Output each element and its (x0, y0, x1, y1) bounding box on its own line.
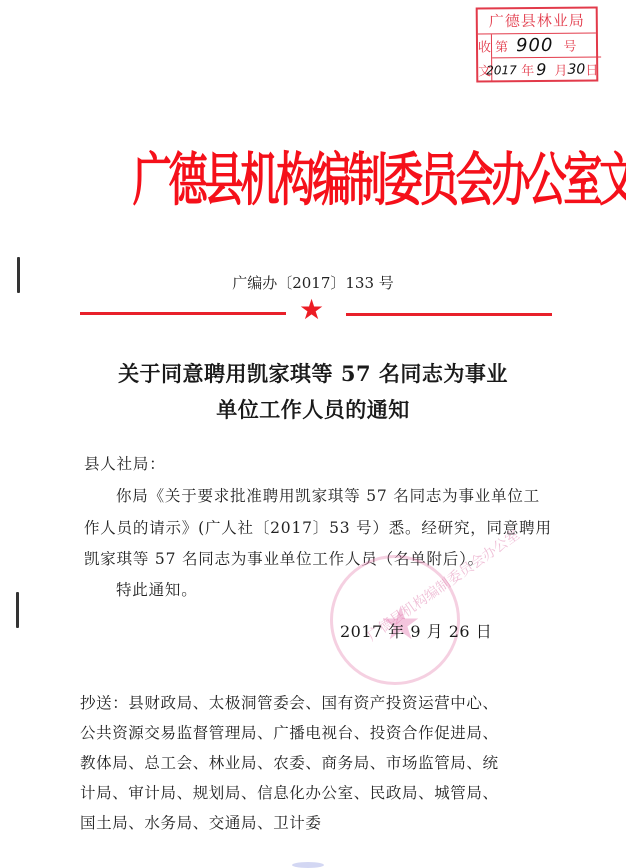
cc-line-5: 国土局、水务局、交通局、卫计委 (80, 808, 600, 838)
closing-text: 特此通知。 (116, 578, 198, 600)
red-divider-right (346, 313, 552, 316)
body-line-2: 作人员的请示》(广人社〔2017〕53 号）悉。经研究，同意聘用 (84, 516, 552, 538)
red-divider-left (80, 312, 286, 315)
cc-line-2: 公共资源交易监督管理局、广播电视台、投资合作促进局、 (80, 718, 600, 748)
receipt-number: 900 (516, 35, 554, 56)
receipt-year: 2017 (486, 63, 517, 77)
notice-title-line-2: 单位工作人员的通知 (0, 394, 626, 424)
receipt-stamp-org: 广德县林业局 (478, 8, 596, 34)
binding-mark-bottom (16, 592, 19, 628)
receipt-day: 30 (567, 61, 585, 77)
star-icon: ★ (299, 296, 324, 324)
receipt-nian: 年 (521, 60, 534, 79)
receipt-month: 9 (536, 60, 546, 79)
receipt-number-row: 第 900 号 (492, 33, 601, 57)
receipt-date-row: 2017 年 9 月 30 日 (492, 56, 601, 81)
receipt-hao: 号 (563, 36, 576, 55)
cc-line-1: 抄送：县财政局、太极洞管委会、国有资产投资运营中心、 (80, 688, 600, 718)
addressee: 县人社局： (84, 452, 166, 474)
cc-line-4: 计局、审计局、规划局、信息化办公室、民政局、城管局、 (80, 778, 600, 808)
notice-title-line-1: 关于同意聘用凯家琪等 57 名同志为事业 (0, 358, 626, 388)
issue-date: 2017 年 9 月 26 日 (340, 619, 492, 642)
document-number: 广编办〔2017〕133 号 (0, 272, 626, 293)
receipt-di: 第 (495, 36, 508, 55)
receipt-label-shou: 收 (478, 37, 491, 56)
receipt-yue: 月 (554, 60, 567, 79)
ink-smudge (292, 862, 324, 868)
body-line-1: 你局《关于要求批准聘用凯家琪等 57 名同志为事业单位工 (116, 484, 540, 506)
receipt-stamp: 广德县林业局 收 文 第 900 号 2017 年 9 月 30 日 (476, 6, 599, 82)
receipt-ri: 日 (585, 59, 598, 78)
cc-line-3: 教体局、总工会、林业局、农委、商务局、市场监管局、统 (80, 748, 600, 778)
cc-list: 抄送：县财政局、太极洞管委会、国有资产投资运营中心、 公共资源交易监督管理局、广… (80, 688, 600, 838)
document-masthead: 广德县机构编制委员会办公室文件 (133, 134, 507, 226)
